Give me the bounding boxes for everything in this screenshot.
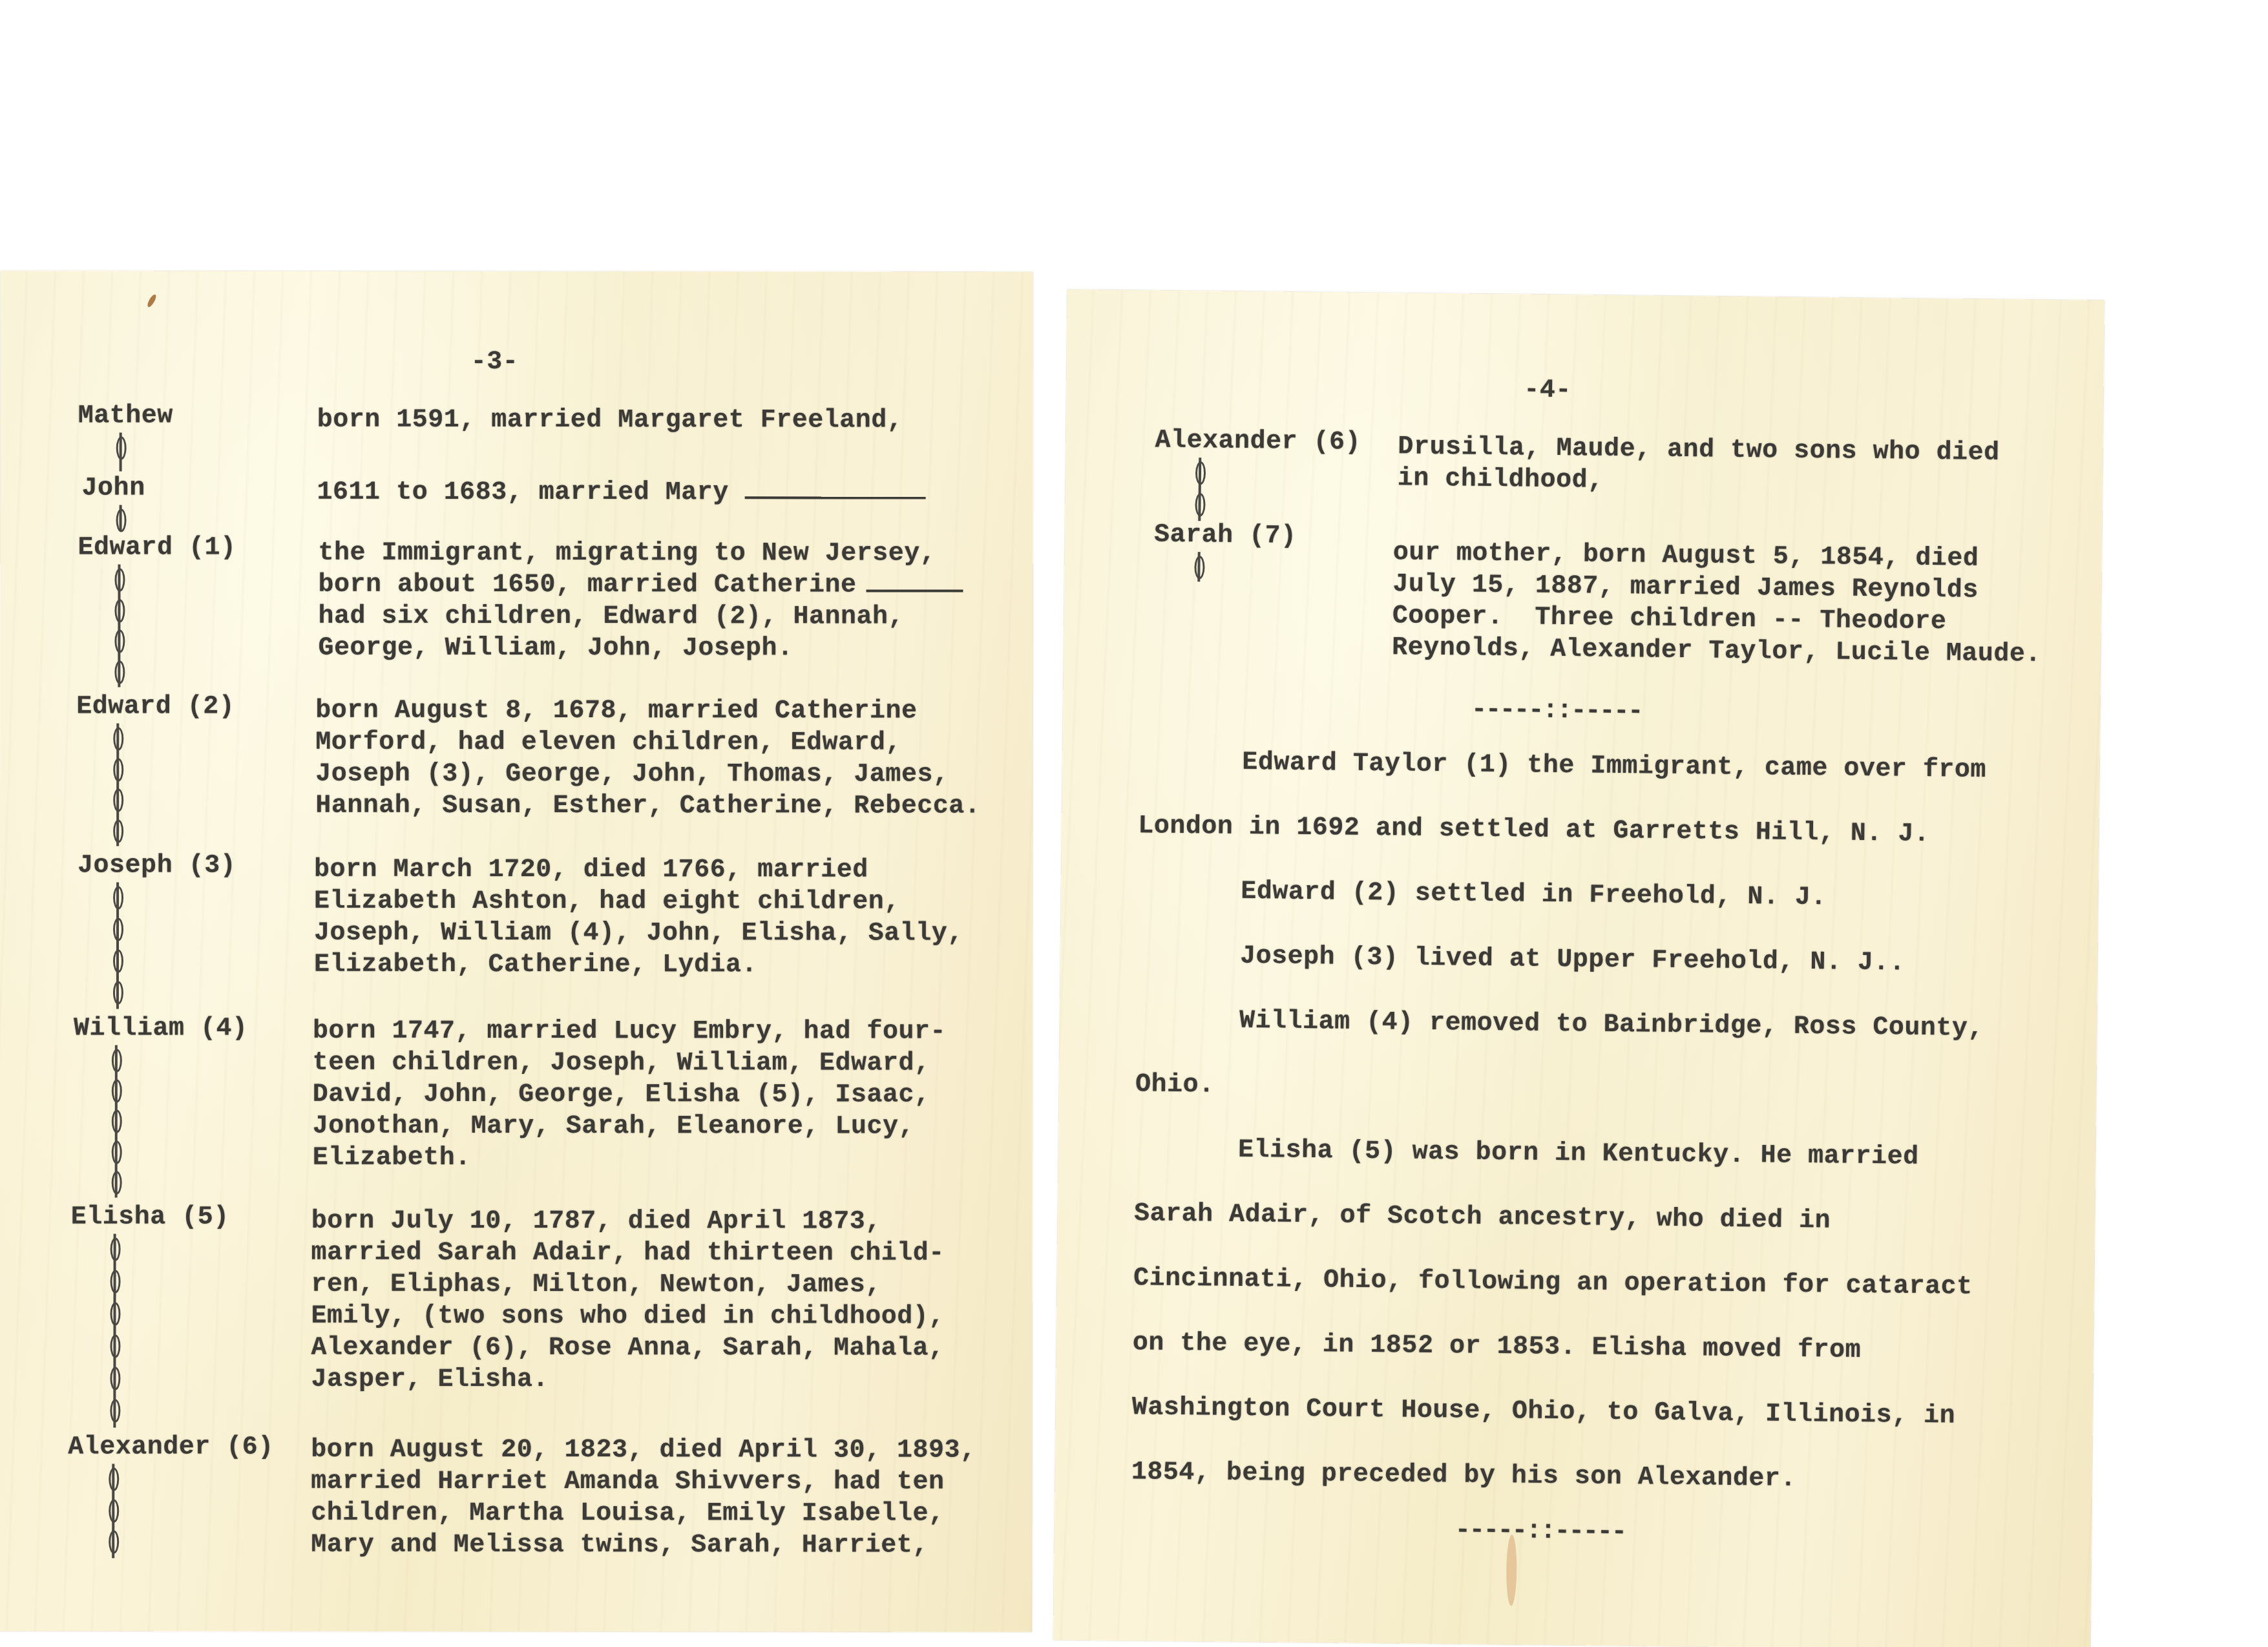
- paragraph-elisha-5: Elisha (5) was born in Kentucky. He marr…: [1131, 1117, 1994, 1514]
- ancestor-description: our mother, born August 5, 1854, died Ju…: [1392, 537, 2042, 671]
- chain-link-icon: [1195, 493, 1205, 516]
- chain-link-icon: [116, 509, 127, 532]
- chain-link-icon: [112, 1110, 122, 1133]
- description-line: married Harriet Amanda Shivvers, had ten: [311, 1467, 944, 1497]
- chain-link-icon: [114, 599, 125, 622]
- ancestor-name: Mathew: [78, 400, 173, 432]
- lineage-chain: [116, 723, 125, 846]
- ancestor-name: Elisha (5): [71, 1201, 229, 1233]
- chain-link-icon: [1194, 556, 1204, 579]
- description-line: teen children, Joseph, William, Edward,: [313, 1049, 930, 1078]
- description-line: Alexander (6), Rose Anna, Sarah, Mahala,: [311, 1334, 944, 1363]
- description-line: children, Martha Louisa, Emily Isabelle,: [311, 1499, 944, 1529]
- description-line: Jasper, Elisha.: [311, 1365, 549, 1394]
- chain-link-icon: [1195, 461, 1206, 485]
- description-line: in childhood,: [1398, 464, 1604, 495]
- chain-link-icon: [112, 1171, 122, 1194]
- description-line: Elizabeth.: [313, 1144, 471, 1173]
- description-line: Mary and Melissa twins, Sarah, Harriet,: [311, 1531, 929, 1560]
- chain-link-icon: [109, 1531, 119, 1554]
- paragraph-joseph-3: Joseph (3) lived at Upper Freehold, N. J…: [1137, 923, 1997, 997]
- ancestor-description: born 1591, married Margaret Freeland,: [317, 404, 903, 437]
- description-line: Reynolds, Alexander Taylor, Lucile Maude…: [1392, 633, 2041, 669]
- chain-link-icon: [110, 1270, 121, 1293]
- description-line: Jonothan, Mary, Sarah, Eleanore, Lucy,: [313, 1112, 914, 1142]
- closing-divider: -----::-----: [1455, 1515, 1626, 1548]
- description-line: Hannah, Susan, Esther, Catherine, Rebecc…: [315, 792, 980, 821]
- description-line: born March 1720, died 1766, married: [314, 855, 868, 885]
- ancestor-description: born August 20, 1823, died April 30, 189…: [311, 1434, 976, 1562]
- description-line: Cooper. Three children -- Theodore: [1392, 602, 1946, 636]
- chain-link-icon: [113, 918, 123, 941]
- description-line: born August 20, 1823, died April 30, 189…: [311, 1436, 976, 1465]
- description-line: our mother, born August 5, 1854, died: [1393, 538, 1979, 573]
- page-number: -3-: [471, 346, 519, 378]
- chain-link-icon: [109, 1499, 119, 1522]
- lineage-chain: [1198, 457, 1208, 521]
- lineage-chain: [120, 432, 129, 471]
- lineage-chain: [1197, 552, 1206, 582]
- chain-link-icon: [109, 1467, 119, 1491]
- stain: [146, 293, 158, 308]
- lineage-chain: [118, 564, 127, 687]
- chain-link-icon: [113, 788, 123, 812]
- chain-link-icon: [113, 819, 123, 843]
- chain-link-icon: [112, 1080, 122, 1103]
- description-line: had six children, Edward (2), Hannah,: [318, 602, 904, 632]
- ancestor-description: the Immigrant, migrating to New Jersey, …: [318, 538, 936, 665]
- narrative-paragraph: Edward Taylor (1) the Immigrant, came ov…: [1131, 729, 1998, 1514]
- chain-link-icon: [113, 981, 123, 1004]
- chain-link-icon: [110, 1399, 120, 1422]
- chain-link-icon: [112, 1049, 122, 1072]
- lineage-chain: [113, 1233, 122, 1427]
- chain-link-icon: [110, 1367, 120, 1390]
- ancestor-name: William (4): [74, 1012, 248, 1044]
- document-page-3: -3- Mathew born 1591, married Margaret F…: [0, 271, 1033, 1631]
- description-line: the Immigrant, migrating to New Jersey,: [319, 539, 936, 569]
- description-line: Drusilla, Maude, and two sons who died: [1398, 432, 2000, 468]
- paragraph-edward-1: Edward Taylor (1) the Immigrant, came ov…: [1138, 729, 1999, 868]
- chain-link-icon: [110, 1334, 120, 1358]
- document-page-4: -4- Alexander (6) Drusilla, Maude, and t…: [1053, 289, 2105, 1647]
- description-line: ren, Eliphas, Milton, Newton, James,: [311, 1270, 881, 1300]
- ancestor-description: born August 8, 1678, married Catherine M…: [315, 695, 980, 823]
- description-line: Elizabeth Ashton, had eight children,: [314, 887, 900, 917]
- chain-link-icon: [113, 758, 123, 781]
- lineage-chain: [120, 505, 129, 530]
- ancestor-name: Sarah (7): [1154, 519, 1297, 552]
- lineage-chain: [112, 1463, 121, 1558]
- description-line: born about 1650, married Catherine: [318, 571, 856, 600]
- description-line: 1611 to 1683, married Mary: [317, 478, 729, 508]
- ancestor-name: Alexander (6): [68, 1431, 274, 1463]
- description-line: George, William, John, Joseph.: [318, 634, 793, 664]
- chain-link-icon: [114, 660, 125, 684]
- paragraph-william-4: William (4) removed to Bainbridge, Ross …: [1135, 988, 1996, 1126]
- description-line: Joseph, William (4), John, Elisha, Sally…: [314, 919, 963, 949]
- ancestor-description: born March 1720, died 1766, married Eliz…: [314, 854, 963, 981]
- lineage-chain: [116, 882, 125, 1009]
- description-line: married Sarah Adair, had thirteen child-: [311, 1239, 945, 1268]
- description-line: Emily, (two sons who died in childhood),: [311, 1302, 944, 1332]
- blank-underline: [744, 496, 925, 499]
- ancestor-name: Alexander (6): [1155, 425, 1361, 458]
- chain-link-icon: [113, 949, 123, 972]
- description-line: Elizabeth, Catherine, Lydia.: [314, 950, 757, 980]
- ancestor-name: Edward (1): [78, 532, 236, 563]
- description-line: born July 10, 1787, died April 1873,: [311, 1207, 881, 1237]
- chain-link-icon: [110, 1237, 121, 1261]
- description-line: born August 8, 1678, married Catherine: [315, 697, 917, 726]
- chain-link-icon: [110, 1302, 120, 1325]
- chain-link-icon: [113, 886, 123, 909]
- section-divider: -----::-----: [1471, 695, 1643, 728]
- ancestor-description: 1611 to 1683, married Mary: [317, 477, 926, 509]
- paragraph-edward-2: Edward (2) settled in Freehold, N. J.: [1137, 859, 1997, 932]
- blank-underline: [866, 589, 963, 592]
- ancestor-name: Edward (2): [76, 691, 235, 722]
- page-number: -4-: [1524, 374, 1571, 406]
- description-line: Joseph (3), George, John, Thomas, James,: [315, 760, 949, 790]
- chain-link-icon: [114, 568, 125, 591]
- ancestor-description: born 1747, married Lucy Embry, had four-…: [313, 1016, 946, 1175]
- ancestor-description: Drusilla, Maude, and two sons who died i…: [1398, 431, 2000, 501]
- description-line: David, John, George, Elisha (5), Isaac,: [313, 1080, 930, 1110]
- description-line: Morford, had eleven children, Edward,: [315, 728, 901, 758]
- chain-link-icon: [112, 1140, 122, 1164]
- ancestor-name: Joseph (3): [78, 850, 236, 881]
- stain: [1506, 1535, 1517, 1606]
- ancestor-description: born July 10, 1787, died April 1873, mar…: [311, 1206, 944, 1396]
- ancestor-name: John: [82, 472, 145, 504]
- chain-link-icon: [114, 629, 125, 653]
- description-line: born 1747, married Lucy Embry, had four-: [313, 1017, 946, 1047]
- description-line: July 15, 1887, married James Reynolds: [1392, 570, 1979, 605]
- lineage-chain: [115, 1045, 124, 1197]
- chain-link-icon: [113, 727, 123, 750]
- chain-link-icon: [116, 436, 127, 459]
